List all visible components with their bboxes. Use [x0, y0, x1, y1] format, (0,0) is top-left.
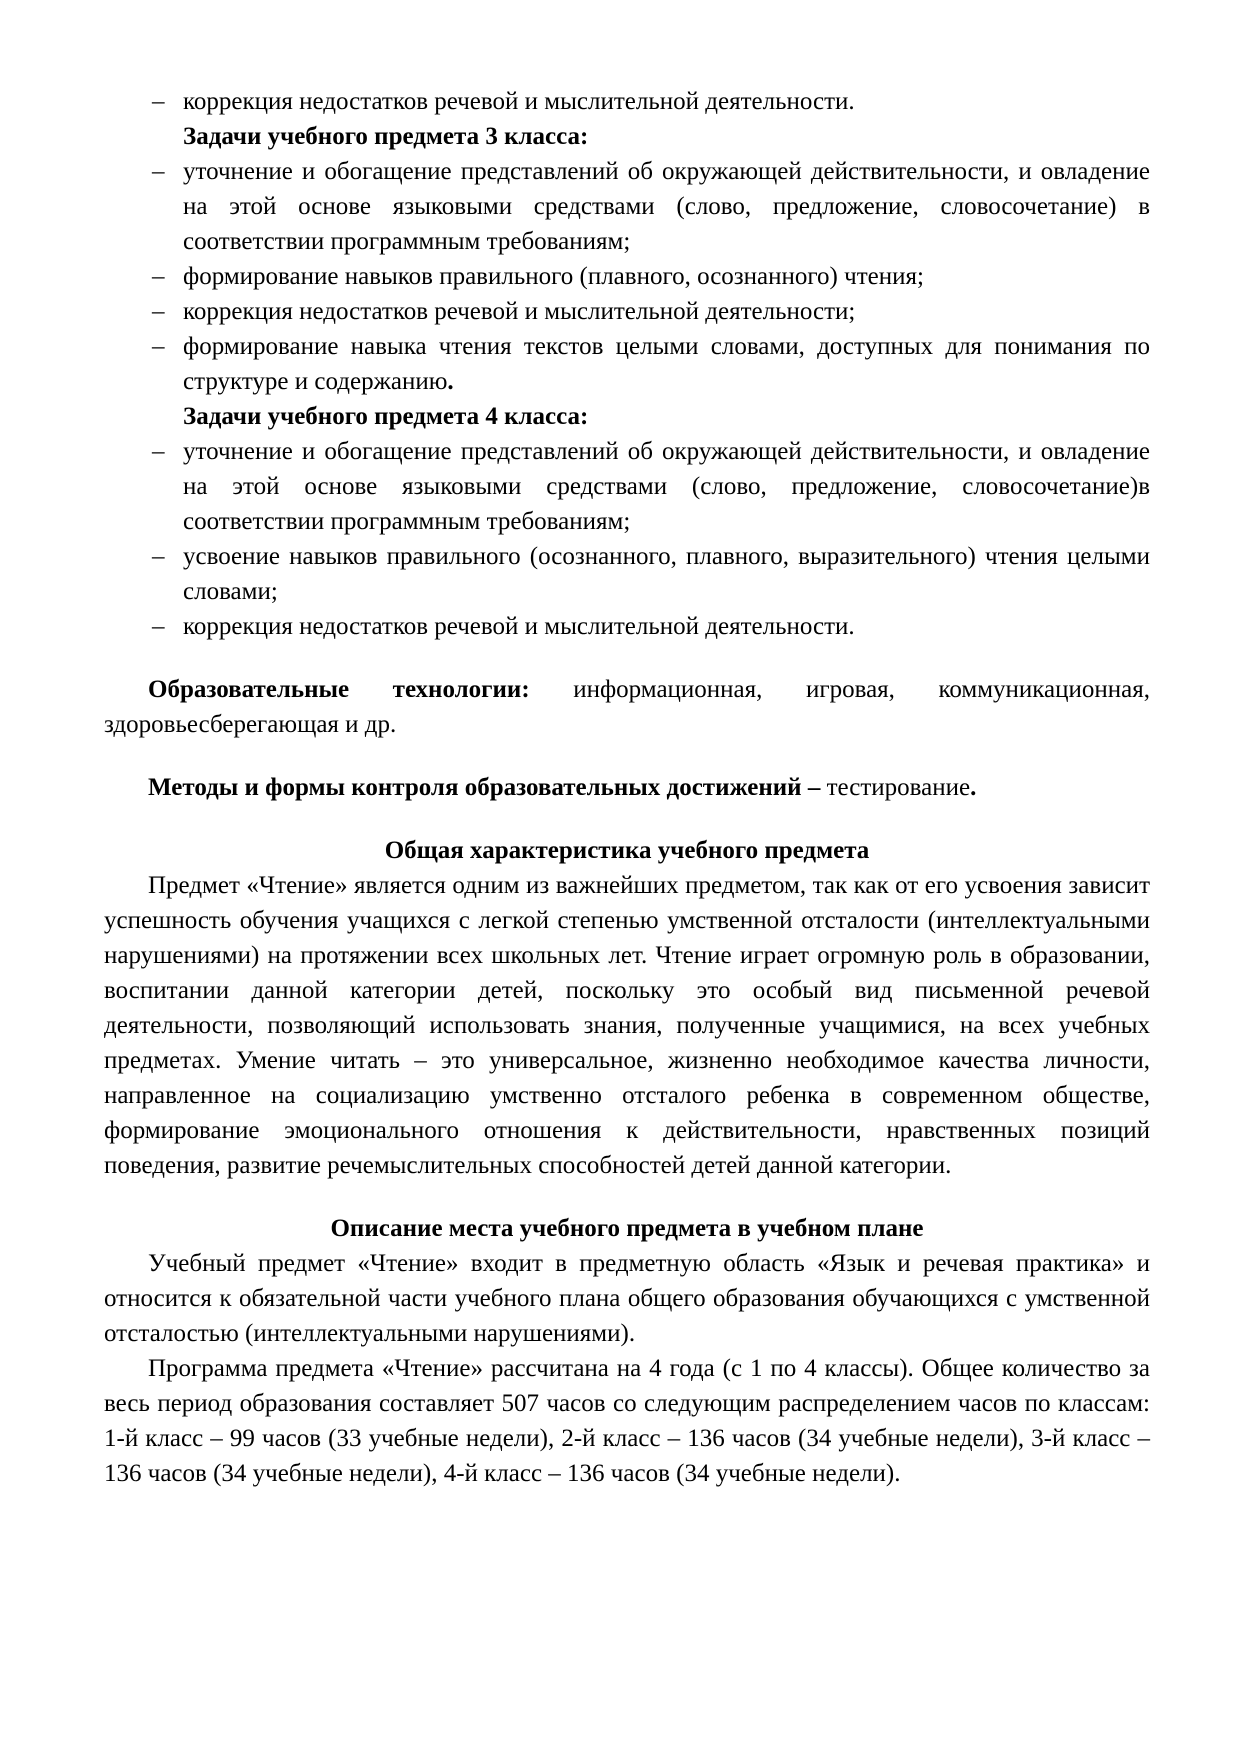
list-item: –уточнение и обогащение представлений об…	[104, 154, 1150, 259]
section-heading: Общая характеристика учебного предмета	[104, 833, 1150, 868]
list-item: –усвоение навыков правильного (осознанно…	[104, 539, 1150, 609]
list-item-text: коррекция недостатков речевой и мыслител…	[183, 613, 855, 640]
list-heading: Задачи учебного предмета 4 класса:	[183, 399, 1150, 434]
list-item-text: формирование навыка чтения текстов целым…	[183, 333, 1150, 395]
list-item-text: коррекция недостатков речевой и мыслител…	[183, 298, 855, 325]
list-bullet-dash: –	[152, 294, 165, 329]
bold-text-run: .	[447, 368, 453, 395]
list-heading: Задачи учебного предмета 3 класса:	[183, 119, 1150, 154]
section-heading: Описание места учебного предмета в учебн…	[104, 1211, 1150, 1246]
list-item-text: усвоение навыков правильного (осознанног…	[183, 543, 1150, 605]
document-body: –коррекция недостатков речевой и мыслите…	[104, 84, 1150, 1491]
list-bullet-dash: –	[152, 259, 165, 294]
list-item-text: уточнение и обогащение представлений об …	[183, 158, 1150, 255]
list-bullet-dash: –	[152, 539, 165, 574]
list-bullet-dash: –	[152, 434, 165, 469]
paragraph: Программа предмета «Чтение» рассчитана н…	[104, 1351, 1150, 1491]
list-bullet-dash: –	[152, 329, 165, 364]
bold-text-run: .	[970, 774, 976, 801]
text-run: формирование навыка чтения текстов целым…	[183, 333, 1150, 395]
bold-text-run: Образовательные технологии:	[148, 676, 530, 703]
list-item-text: формирование навыков правильного (плавно…	[183, 263, 924, 290]
document-page: –коррекция недостатков речевой и мыслите…	[0, 0, 1240, 1754]
list-item: –уточнение и обогащение представлений об…	[104, 434, 1150, 539]
paragraph: Предмет «Чтение» является одним из важне…	[104, 868, 1150, 1183]
list-item: –коррекция недостатков речевой и мыслите…	[104, 609, 1150, 644]
list-item-text: коррекция недостатков речевой и мыслител…	[183, 88, 855, 115]
list-item-text: уточнение и обогащение представлений об …	[183, 438, 1150, 535]
list-item: –коррекция недостатков речевой и мыслите…	[104, 294, 1150, 329]
list-item: –формирование навыков правильного (плавн…	[104, 259, 1150, 294]
bold-text-run: Методы и формы контроля образовательных …	[148, 774, 820, 801]
list-bullet-dash: –	[152, 154, 165, 189]
list-bullet-dash: –	[152, 84, 165, 119]
paragraph: Образовательные технологии: информационн…	[104, 672, 1150, 742]
list-bullet-dash: –	[152, 609, 165, 644]
paragraph: Методы и формы контроля образовательных …	[104, 770, 1150, 805]
text-run: тестирование	[820, 774, 970, 801]
list-item: –коррекция недостатков речевой и мыслите…	[104, 84, 1150, 119]
list-item: –формирование навыка чтения текстов целы…	[104, 329, 1150, 399]
paragraph: Учебный предмет «Чтение» входит в предме…	[104, 1246, 1150, 1351]
